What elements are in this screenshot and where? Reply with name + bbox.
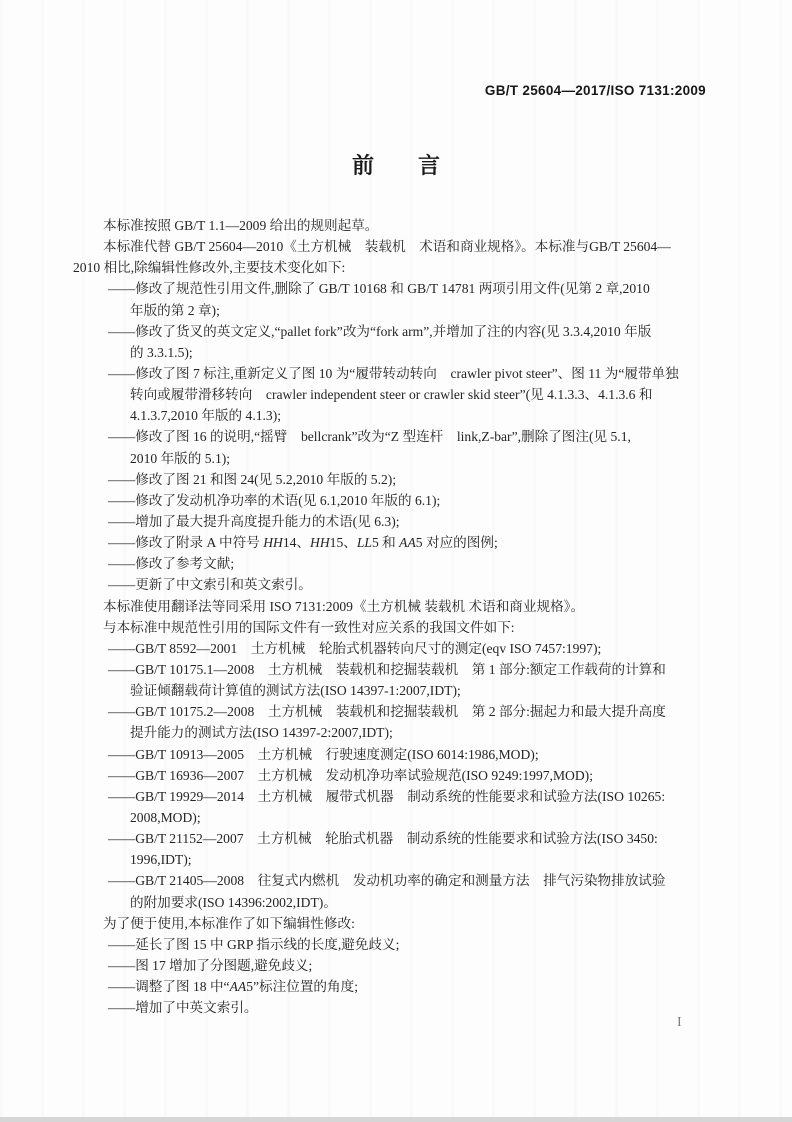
text-line: ——增加了中英文索引。 (73, 997, 743, 1018)
text-line: ——修改了图 16 的说明,“摇臂 bellcrank”改为“Z 型连杆 lin… (73, 426, 743, 447)
text-line: 与本标准中规范性引用的国际文件有一致性对应关系的我国文件如下: (73, 617, 743, 638)
document-page: GB/T 25604—2017/ISO 7131:2009 前 言 本标准按照 … (0, 0, 792, 1122)
text-line: ——GB/T 8592—2001 土方机械 轮胎式机器转向尺寸的测定(eqv I… (73, 638, 743, 659)
text-line: ——修改了货叉的英文定义,“pallet fork”改为“fork arm”,并… (73, 321, 743, 342)
text-line: 4.1.3.7,2010 年版的 4.1.3); (73, 405, 743, 426)
text-line: ——修改了图 7 标注,重新定义了图 10 为“履带转动转向 crawler p… (73, 363, 743, 384)
text-line: ——更新了中文索引和英文索引。 (73, 574, 743, 595)
text-line: ——修改了规范性引用文件,删除了 GB/T 10168 和 GB/T 14781… (73, 278, 743, 299)
text-line: ——修改了图 21 和图 24(见 5.2,2010 年版的 5.2); (73, 469, 743, 490)
text-line: ——增加了最大提升高度提升能力的术语(见 6.3); (73, 511, 743, 532)
text-line: ——图 17 增加了分图题,避免歧义; (73, 955, 743, 976)
text-line: 为了便于使用,本标准作了如下编辑性修改: (73, 913, 743, 934)
text-line: 转向或履带滑移转向 crawler independent steer or c… (73, 384, 743, 405)
text-line: 本标准按照 GB/T 1.1—2009 给出的规则起草。 (73, 215, 743, 236)
text-line: 提升能力的测试方法(ISO 14397-2:2007,IDT); (73, 722, 743, 743)
text-line: ——修改了参考文献; (73, 553, 743, 574)
text-line: 2008,MOD); (73, 807, 743, 828)
text-line: ——GB/T 10175.2—2008 土方机械 装载机和挖掘装载机 第 2 部… (73, 701, 743, 722)
text-line: ——GB/T 10913—2005 土方机械 行驶速度测定(ISO 6014:1… (73, 744, 743, 765)
text-line: 的 3.3.1.5); (73, 342, 743, 363)
standard-code-header: GB/T 25604—2017/ISO 7131:2009 (485, 83, 706, 98)
text-line: ——修改了附录 A 中符号 HH14、HH15、LL5 和 AA5 对应的图例; (73, 532, 743, 553)
text-line: ——延长了图 15 中 GRP 指示线的长度,避免歧义; (73, 934, 743, 955)
text-line: 本标准使用翻译法等同采用 ISO 7131:2009《土方机械 装载机 术语和商… (73, 596, 743, 617)
text-line: 1996,IDT); (73, 849, 743, 870)
text-line: ——GB/T 19929—2014 土方机械 履带式机器 制动系统的性能要求和试… (73, 786, 743, 807)
text-line: ——GB/T 21405—2008 往复式内燃机 发动机功率的确定和测量方法 排… (73, 870, 743, 891)
text-line: 验证倾翻载荷计算值的测试方法(ISO 14397-1:2007,IDT); (73, 680, 743, 701)
text-line: ——GB/T 21152—2007 土方机械 轮胎式机器 制动系统的性能要求和试… (73, 828, 743, 849)
page-number: I (677, 1015, 682, 1031)
text-line: 年版的第 2 章); (73, 300, 743, 321)
text-line: ——调整了图 18 中“AA5”标注位置的角度; (73, 976, 743, 997)
text-line: ——GB/T 10175.1—2008 土方机械 装载机和挖掘装载机 第 1 部… (73, 659, 743, 680)
text-line: 2010 年版的 5.1); (73, 448, 743, 469)
text-line: 本标准代替 GB/T 25604—2010《土方机械 装载机 术语和商业规格》。… (73, 236, 743, 257)
page-title: 前 言 (0, 149, 792, 180)
text-line: ——修改了发动机净功率的术语(见 6.1,2010 年版的 6.1); (73, 490, 743, 511)
text-line: ——GB/T 16936—2007 土方机械 发动机净功率试验规范(ISO 92… (73, 765, 743, 786)
text-line: 2010 相比,除编辑性修改外,主要技术变化如下: (73, 257, 743, 278)
scan-edge-strip (0, 1117, 792, 1122)
text-line: 的附加要求(ISO 14396:2002,IDT)。 (73, 892, 743, 913)
body-text: 本标准按照 GB/T 1.1—2009 给出的规则起草。本标准代替 GB/T 2… (73, 215, 743, 1018)
